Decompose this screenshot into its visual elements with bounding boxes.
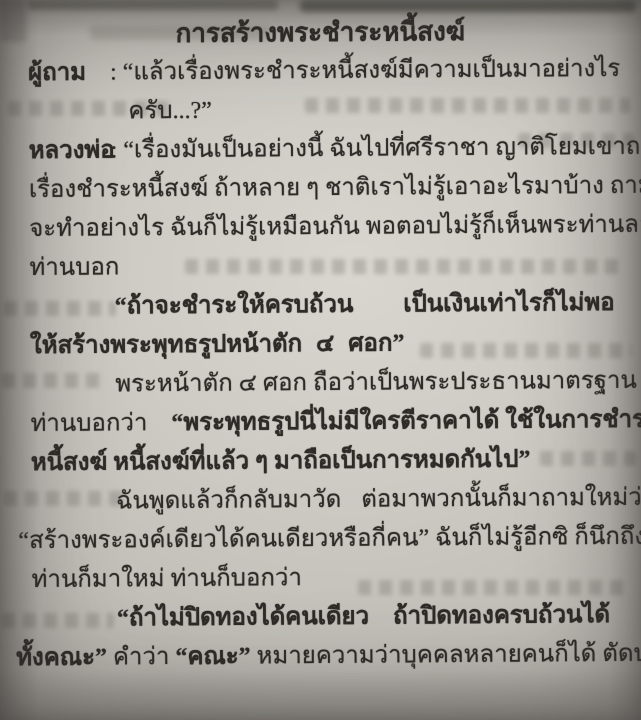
text-segment: : “แล้วเรื่องพระชำระหนี้สงฆ์มีความเป็นมา… <box>110 56 620 86</box>
text-segment: “ถ้าจะชำระให้ครบถ้วน <box>115 292 354 320</box>
text-segment: ครับ...?” <box>128 98 212 125</box>
text-line: ท่านก็มาใหม่ ท่านก็บอกว่า <box>32 557 617 600</box>
text-line: “ถ้าจะชำระให้ครบถ้วนเป็นเงินเท่าไรก็ไม่พ… <box>115 284 615 326</box>
text-segment: “คณะ” <box>175 643 256 670</box>
text-line: หลวงพ่อ: “เรื่องมันเป็นอย่างนี้ ฉันไปที่… <box>29 128 614 171</box>
text-segment: ๔ <box>316 331 334 357</box>
text-line: พระหน้าตัก ๔ ศอก ถือว่าเป็นพระประธานมาตร… <box>115 362 615 404</box>
text-segment: ทั้งคณะ” <box>16 644 113 671</box>
text-line: ท่านบอกว่า“พระพุทธรูปนี่ไม่มีใครตีราคาได… <box>30 401 615 444</box>
text-segment: การสร้างพระชำระหนี้สงฆ์ <box>175 17 465 48</box>
text-segment: จะทำอย่างไร ฉันก็ไม่รู้เหมือนกัน พอตอบไม… <box>29 211 641 242</box>
text-segment: “สร้างพระองค์เดียวได้คนเดียวหรือกี่คน” ฉ… <box>18 523 641 554</box>
text-segment: เรื่องชำระหนี้สงฆ์ ถ้าหลาย ๆ ชาติเราไม่ร… <box>29 172 641 203</box>
text-segment: ศอก” <box>348 330 404 356</box>
text-line: เรื่องชำระหนี้สงฆ์ ถ้าหลาย ๆ ชาติเราไม่ร… <box>29 167 614 210</box>
bleedthrough-smudge <box>0 0 26 42</box>
text-segment: ฉันพูดแล้วก็กลับมาวัด <box>116 487 341 515</box>
text-segment: เป็นเงินเท่าไรก็ไม่พอ <box>403 290 614 317</box>
text-line: หนี้สงฆ์ หนี้สงฆ์ที่แล้ว ๆ มาถือเป็นการห… <box>31 440 616 483</box>
text-segment: ถ้าปิดทองครบถ้วนได้ <box>393 602 610 630</box>
text-segment: “พระพุทธรูปนี่ไม่มีใครตีราคาได้ ใช้ในการ… <box>171 407 641 436</box>
text-segment: หนี้สงฆ์ หนี้สงฆ์ที่แล้ว ๆ มาถือเป็นการห… <box>31 447 531 476</box>
text-segment: : “เรื่องมันเป็นอย่างนี้ ฉันไปที่ศรีราชา… <box>111 134 641 164</box>
text-segment: ต่อมาพวกนั้นก็มาถามใหม่ว่า <box>361 485 641 513</box>
book-page-photo: การสร้างพระชำระหนี้สงฆ์ผู้ถาม: “แล้วเรื่… <box>0 0 641 720</box>
speaker-label: ผู้ถาม <box>28 53 110 93</box>
text-line: จะทำอย่างไร ฉันก็ไม่รู้เหมือนกัน พอตอบไม… <box>29 206 614 249</box>
text-line: “สร้างพระองค์เดียวได้คนเดียวหรือกี่คน” ฉ… <box>18 518 616 561</box>
text-segment: “ถ้าไม่ปิดทองได้คนเดียว <box>117 604 369 632</box>
text-segment: ให้สร้างพระพุทธรูปหน้าตัก <box>30 331 302 359</box>
text-line: ฉันพูดแล้วก็กลับมาวัดต่อมาพวกนั้นก็มาถาม… <box>116 479 616 521</box>
page-text: การสร้างพระชำระหนี้สงฆ์ผู้ถาม: “แล้วเรื่… <box>28 11 618 678</box>
page-title: การสร้างพระชำระหนี้สงฆ์ <box>28 11 613 54</box>
bleedthrough-smudge <box>28 0 278 10</box>
text-segment: ท่านก็มาใหม่ ท่านก็บอกว่า <box>32 565 302 593</box>
text-segment: ท่านบอก <box>29 254 119 281</box>
text-line: “ถ้าไม่ปิดทองได้คนเดียวถ้าปิดทองครบถ้วนไ… <box>117 596 617 638</box>
text-line: ให้สร้างพระพุทธรูปหน้าตัก๔ศอก” <box>30 323 615 366</box>
text-line: ทั้งคณะ” คำว่า “คณะ” หมายความว่าบุคคลหลา… <box>16 635 617 678</box>
text-segment: พระหน้าตัก ๔ ศอก ถือว่าเป็นพระประธานมาตร… <box>115 368 637 398</box>
speaker-label: หลวงพ่อ <box>29 131 111 171</box>
text-line: ครับ...?” <box>128 89 613 131</box>
text-segment: ท่านบอกว่า <box>30 410 147 437</box>
text-segment: หมายความว่าบุคคลหลายคนก็ได้ ตัดบาปเก่า <box>257 640 641 669</box>
text-line: ท่านบอก <box>29 245 614 288</box>
text-line: ผู้ถาม: “แล้วเรื่องพระชำระหนี้สงฆ์มีความ… <box>28 50 613 93</box>
text-segment: คำว่า <box>113 644 176 670</box>
